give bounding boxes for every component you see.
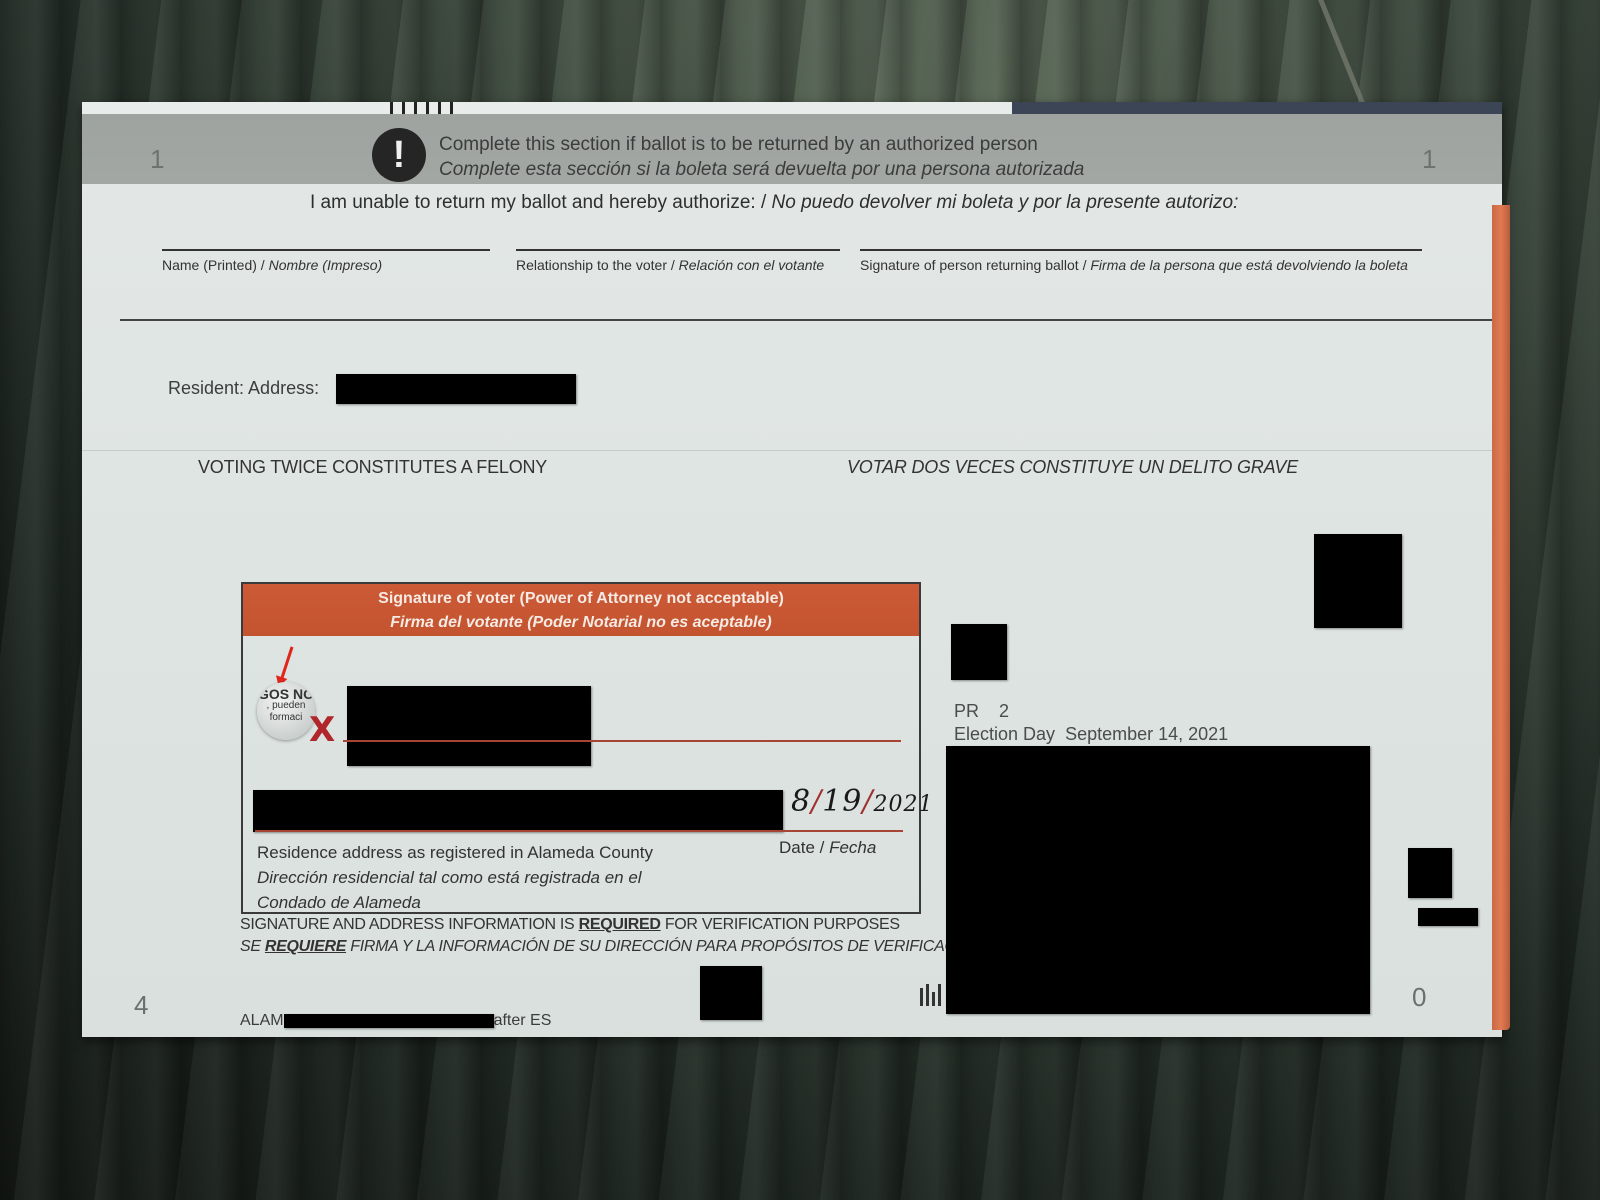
red-arrow-icon (280, 646, 294, 681)
signature-x-mark: X (309, 710, 335, 750)
envelope-code-redaction (284, 1014, 494, 1028)
code-redaction (951, 624, 1007, 680)
exclamation-circle-icon: ! (372, 128, 426, 182)
footer-code-redaction (700, 966, 762, 1020)
relationship-label: Relationship to the voter / Relación con… (516, 257, 840, 273)
residence-address-redaction (253, 790, 783, 832)
band-number-right: 1 (1422, 144, 1436, 175)
requirement-en: SIGNATURE AND ADDRESS INFORMATION IS REQ… (240, 914, 983, 936)
printed-name-field[interactable]: Name (Printed) / Nombre (Impreso) (162, 249, 490, 273)
envelope-back-strip (1012, 102, 1502, 114)
relationship-field[interactable]: Relationship to the voter / Relación con… (516, 249, 840, 273)
fold-line (82, 450, 1492, 451)
signature-redaction (347, 686, 591, 766)
address-date-line[interactable] (255, 830, 903, 832)
signature-header-es: Firma del votante (Poder Notarial no es … (243, 611, 919, 635)
date-label: Date / Fecha (779, 838, 876, 858)
returner-signature-field[interactable]: Signature of person returning ballot / F… (860, 249, 1422, 273)
signature-line[interactable] (343, 740, 901, 742)
mailing-address-redaction (946, 746, 1370, 1014)
small-bar-redaction (1418, 908, 1478, 926)
felony-warning-es: VOTAR DOS VECES CONSTITUYE UN DELITO GRA… (847, 457, 1298, 478)
envelope-orange-edge (1492, 205, 1510, 1030)
band-number-left: 1 (150, 144, 164, 175)
small-code-redaction (1408, 848, 1452, 898)
relationship-line[interactable] (516, 249, 840, 251)
printed-name-line[interactable] (162, 249, 490, 251)
ballot-envelope: 1 ! Complete this section if ballot is t… (82, 102, 1502, 1037)
section-divider (120, 319, 1495, 321)
band-title-en: Complete this section if ballot is to be… (439, 132, 1084, 157)
verification-requirement: SIGNATURE AND ADDRESS INFORMATION IS REQ… (240, 914, 983, 958)
requirement-es: SE REQUIERE FIRMA Y LA INFORMACIÓN DE SU… (240, 936, 983, 958)
band-title-es: Complete esta sección si la boleta será … (439, 157, 1084, 182)
printed-name-label: Name (Printed) / Nombre (Impreso) (162, 257, 490, 273)
top-flap-strip (82, 102, 1012, 114)
signature-box-header: Signature of voter (Power of Attorney no… (243, 584, 919, 636)
top-barcode (390, 102, 453, 114)
postage-redaction (1314, 534, 1402, 628)
felony-warning-en: VOTING TWICE CONSTITUTES A FELONY (198, 457, 547, 478)
residence-address-label: Residence address as registered in Alame… (257, 840, 653, 915)
corner-number-right: 0 (1412, 982, 1426, 1013)
authorized-person-band: 1 ! Complete this section if ballot is t… (82, 114, 1502, 184)
bottom-barcode (920, 984, 941, 1006)
returner-signature-line[interactable] (860, 249, 1422, 251)
corner-number-left: 4 (134, 990, 148, 1021)
voter-signature-box: Signature of voter (Power of Attorney no… (241, 582, 921, 914)
envelope-code: ALAMafter ES (240, 1012, 551, 1030)
signature-header-en: Signature of voter (Power of Attorney no… (243, 587, 919, 611)
magnifier-lens: GOS NO , pueden formaci (257, 682, 315, 740)
handwritten-date[interactable]: 8/19/2021 (791, 784, 934, 819)
returner-signature-label: Signature of person returning ballot / F… (860, 257, 1422, 273)
precinct-info: PR 2 (954, 700, 1228, 723)
band-title: Complete this section if ballot is to be… (439, 132, 1084, 182)
resident-address-label: Resident: Address: (168, 378, 319, 399)
election-day-info: Election Day September 14, 2021 (954, 723, 1228, 746)
resident-address-redaction (336, 374, 576, 404)
election-info: PR 2 Election Day September 14, 2021 (954, 700, 1228, 746)
authorization-statement: I am unable to return my ballot and here… (310, 192, 1238, 214)
